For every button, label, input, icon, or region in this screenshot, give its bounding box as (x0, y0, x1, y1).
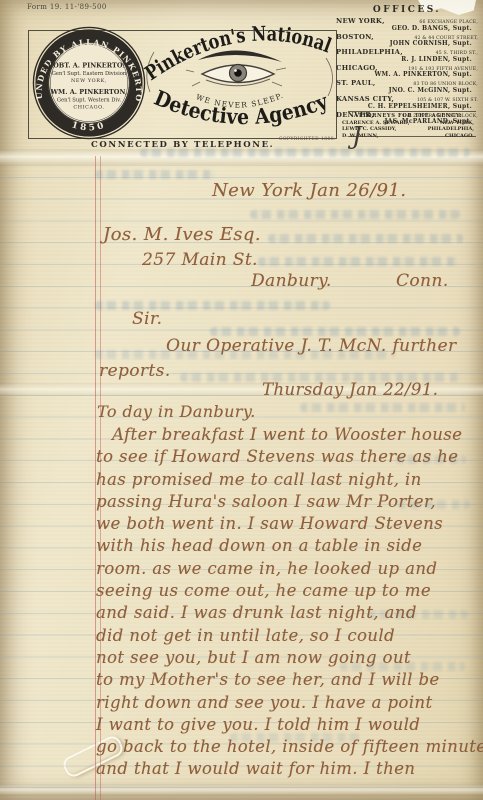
ink-bleed-through (258, 257, 458, 266)
handwritten-report-date: Thursday Jan 22/91. (262, 380, 438, 399)
letter-body: After breakfast I went to Wooster house … (96, 424, 482, 781)
handwriting-line: to see if Howard Stevens was there as he (96, 446, 482, 468)
handwriting-line: After breakfast I went to Wooster house (96, 424, 482, 446)
seal-name-west: WM. A. PINKERTON, (50, 88, 127, 96)
handwriting-line: room. as we came in, he looked up and (96, 558, 482, 580)
letter-scan-page: Form 19. 11-'89-500 FOUNDED BY ALLAN PIN… (0, 0, 483, 800)
founders-seal: FOUNDED BY ALLAN PINKERTON. 1850 ROBT. A… (30, 24, 148, 142)
handwritten-state: Conn. (396, 271, 449, 291)
office-entry: KANSAS CITY,105 & 107 W. SIXTH ST. C. H.… (334, 96, 480, 112)
office-entry: ST. PAUL,83 TO 86 UNION BLOCK, JNO. C. M… (334, 80, 480, 96)
attorney-city: CHICAGO. (445, 133, 474, 139)
seal-city-east: NEW YORK, (71, 78, 107, 84)
offices-list: OFFICES. NEW YORK,66 EXCHANGE PLACE, GEO… (334, 5, 480, 127)
file-mark: J (352, 122, 362, 150)
handwriting-line: To day in Danbury. (97, 402, 256, 421)
office-city: NEW YORK, (336, 18, 385, 25)
form-number: Form 19. 11-'89-500 (27, 3, 107, 11)
office-city: BOSTON, (336, 34, 374, 41)
office-entry: PHILADELPHIA,45 S. THIRD ST., R. J. LIND… (334, 49, 480, 65)
handwriting-line: seeing us come out, he came up to me (96, 580, 482, 602)
office-entry: CHICAGO,191 & 193 FIFTH AVENUE, WM. A. P… (334, 65, 480, 81)
handwriting-line: and that I would wait for him. I then (96, 758, 482, 780)
handwriting-line: passing Hura's saloon I saw Mr Porter, (96, 491, 482, 513)
office-entry: NEW YORK,66 EXCHANGE PLACE, GEO. D. BANG… (334, 18, 480, 34)
ink-bleed-through (268, 234, 463, 243)
ink-bleed-through (95, 170, 215, 179)
telephone-notice: CONNECTED BY TELEPHONE. (91, 140, 274, 150)
seal-name-east: ROBT. A. PINKERTON, (48, 61, 131, 69)
handwritten-recipient: Jos. M. Ives Esq. (103, 224, 261, 245)
office-entry: BOSTON,42 & 44 COURT STREET, JOHN CORNIS… (334, 34, 480, 50)
copyright-notice: COPYRIGHTED 1888. (279, 137, 336, 142)
handwriting-line: not see you, but I am now going out (96, 647, 482, 669)
seal-title-west: Gen'l Supt. Western Div. (57, 98, 121, 104)
ink-bleed-through (250, 210, 460, 219)
fold-crease (0, 784, 483, 796)
office-city: PHILADELPHIA, (336, 49, 403, 56)
seal-city-west: CHICAGO. (73, 105, 104, 111)
handwritten-dateline: New York Jan 26/91. (212, 180, 406, 201)
handwritten-salutation: Sir. (132, 309, 162, 329)
handwriting-line: go back to the hotel, inside of fifteen … (96, 736, 482, 758)
handwriting-line: and said. I was drunk last night, and (96, 602, 482, 624)
handwriting-line: I want to give you. I told him I would (96, 714, 482, 736)
handwriting-line: we both went in. I saw Howard Stevens (96, 513, 482, 535)
handwriting-line: with his head down on a table in side (96, 535, 482, 557)
office-city: KANSAS CITY, (336, 96, 394, 103)
ink-bleed-through (95, 301, 330, 310)
office-city: CHICAGO, (336, 65, 378, 72)
handwriting-line: has promised me to call last night, in (96, 469, 482, 491)
handwriting-line: reports. (99, 361, 171, 381)
ink-bleed-through (300, 403, 465, 412)
offices-header: OFFICES. (334, 5, 480, 15)
seal-title-east: Gen'l Supt. Eastern Division (52, 71, 127, 77)
handwriting-line: right down and see you. I have a point (96, 692, 482, 714)
handwriting-line: to my Mother's to see her, and I will be (96, 669, 482, 691)
divider (348, 111, 476, 112)
fold-crease (0, 149, 483, 166)
handwritten-city: Danbury. (251, 271, 332, 291)
office-city: ST. PAUL, (336, 80, 376, 87)
attorneys-header: ATTORNEYS FOR THE AGENCY: (340, 113, 476, 119)
flourish (326, 58, 333, 96)
handwritten-street: 257 Main St. (142, 250, 258, 270)
ink-bleed-through (210, 327, 460, 336)
handwriting-line: did not get in until late, so I could (96, 625, 482, 647)
handwriting-line: Our Operative J. T. McN. further (166, 336, 457, 356)
agency-logo: Pinkerton's National Detective Agency "W… (140, 12, 340, 140)
